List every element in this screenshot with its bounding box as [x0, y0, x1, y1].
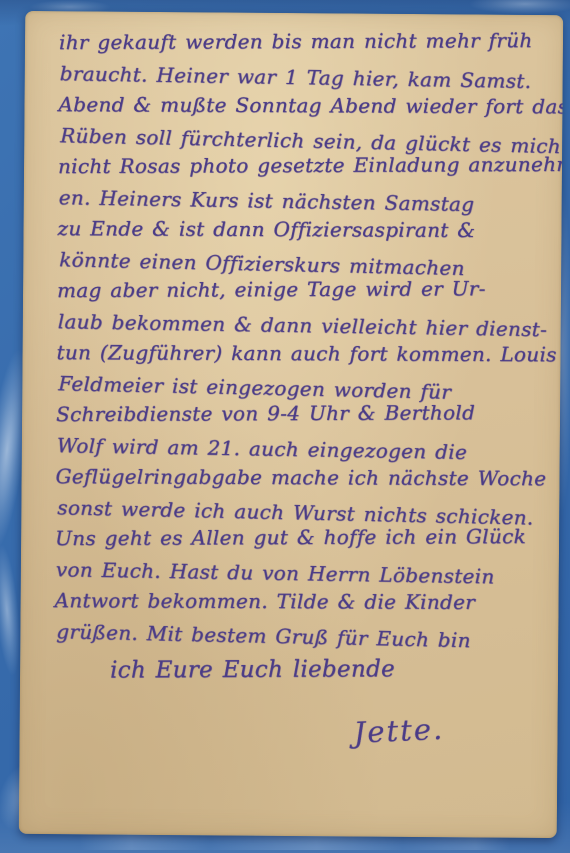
handwritten-line: tun (Zugführer) kann auch fort kommen. L… [56, 337, 556, 370]
handwritten-line: mag aber nicht, einige Tage wird er Ur- [57, 273, 557, 306]
handwritten-line: Uns geht es Allen gut & hoffe ich ein Gl… [55, 521, 555, 554]
handwritten-line: Abend & mußte Sonntag Abend wieder fort … [58, 89, 558, 122]
handwritten-line: nicht Rosas photo gesetzte Einladung anz… [58, 149, 558, 182]
handwritten-line: zu Ende & ist dann Offiziersaspirant & [57, 213, 557, 246]
scuff-mark [470, 0, 570, 14]
handwritten-line: Schreibdienste von 9-4 Uhr & Berthold [56, 397, 556, 430]
scanned-postcard-photo: ihr gekauft werden bis man nicht mehr fr… [0, 0, 570, 853]
handwritten-closing-line: ich Eure Euch liebende [110, 649, 554, 691]
handwritten-line: Geflügelringabgabe mache ich nächste Woc… [56, 461, 556, 494]
postcard: ihr gekauft werden bis man nicht mehr fr… [19, 11, 563, 838]
handwritten-line: ihr gekauft werden bis man nicht mehr fr… [59, 25, 559, 58]
handwritten-text-block: ihr gekauft werden bis man nicht mehr fr… [53, 27, 559, 746]
handwritten-line: Antwort bekommen. Tilde & die Kinder [55, 585, 555, 618]
signature: Jette. [353, 707, 554, 750]
